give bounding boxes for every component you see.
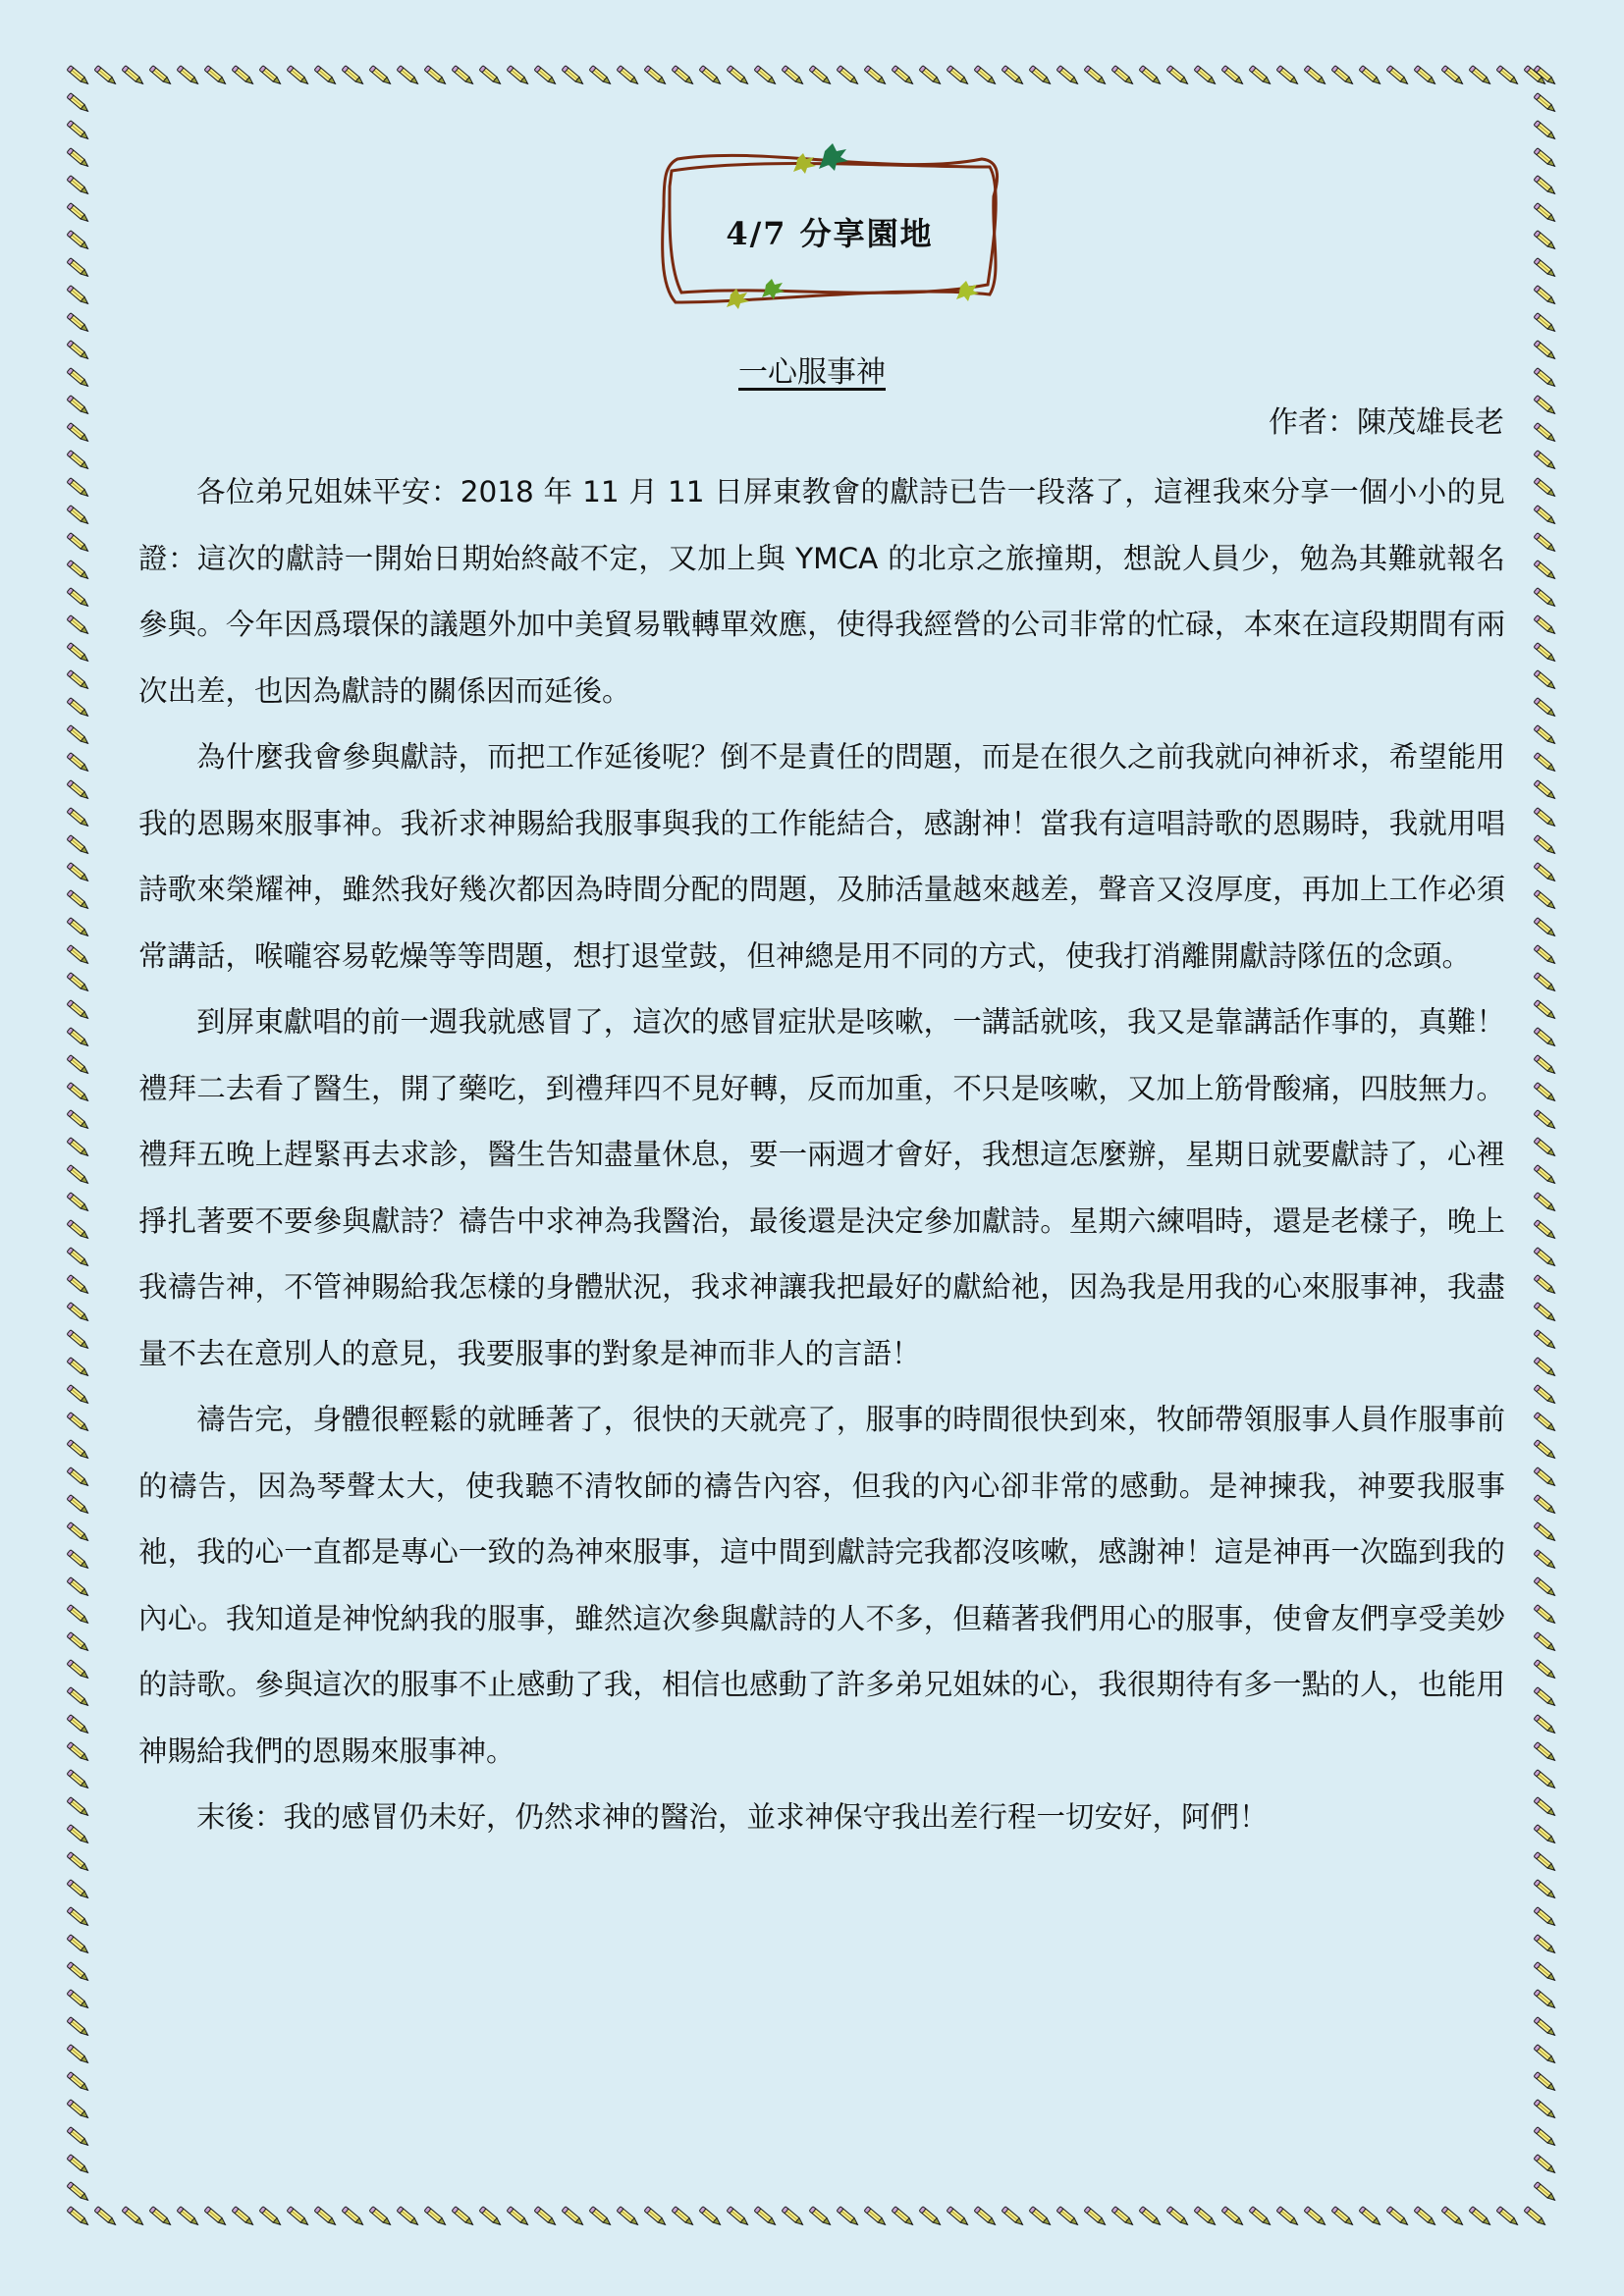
pencil-icon [532, 2204, 560, 2231]
pencil-icon [1164, 2204, 1192, 2231]
pencil-icon [65, 1877, 92, 1904]
pencil-icon [1329, 63, 1357, 90]
article-body: 各位弟兄姐妹平安：2018 年 11 月 11 日屏東教會的獻詩已告一段落了，這… [138, 459, 1505, 1851]
pencil-icon [65, 2014, 92, 2042]
pencil-icon [560, 2204, 587, 2231]
pencil-icon [147, 63, 175, 90]
pencil-icon [615, 2204, 642, 2231]
pencil-icon [587, 63, 615, 90]
pencil-icon [367, 2204, 395, 2231]
pencil-icon [65, 1492, 92, 1520]
pencil-icon [752, 63, 780, 90]
pencil-icon [65, 1932, 92, 1959]
pencil-border-bottom [65, 2204, 1549, 2231]
pencil-icon [1532, 1107, 1559, 1135]
pencil-icon [1219, 63, 1247, 90]
pencil-icon [1357, 63, 1384, 90]
pencil-icon [1027, 63, 1055, 90]
article-title-text: 一心服事神 [738, 355, 886, 390]
pencil-icon [587, 2204, 615, 2231]
pencil-icon [1532, 1272, 1559, 1300]
pencil-icon [1532, 420, 1559, 448]
pencil-icon [1522, 2204, 1549, 2231]
pencil-icon [1357, 2204, 1384, 2231]
pencil-icon [670, 63, 697, 90]
author-line: 作者：陳茂雄長老 [1269, 398, 1504, 441]
article-title: 一心服事神 [0, 347, 1624, 391]
pencil-icon [65, 613, 92, 640]
pencil-icon [1532, 1739, 1559, 1767]
pencil-icon [65, 2124, 92, 2152]
pencil-icon [65, 970, 92, 997]
pencil-icon [257, 2204, 285, 2231]
pencil-icon [65, 503, 92, 530]
pencil-icon [65, 1547, 92, 1575]
pencil-icon [972, 63, 1000, 90]
pencil-icon [1532, 1684, 1559, 1712]
pencil-icon [532, 63, 560, 90]
pencil-icon [65, 777, 92, 805]
pencil-icon [120, 2204, 147, 2231]
pencil-icon [807, 63, 835, 90]
pencil-icon [1532, 1190, 1559, 1217]
pencil-icon [1532, 145, 1559, 173]
pencil-icon [560, 63, 587, 90]
pencil-icon [1532, 832, 1559, 860]
pencil-icon [65, 145, 92, 173]
pencil-icon [1302, 2204, 1329, 2231]
pencil-icon [1082, 63, 1110, 90]
pencil-icon [615, 63, 642, 90]
pencil-icon [1532, 283, 1559, 310]
pencil-icon [65, 2204, 92, 2231]
pencil-icon [1137, 63, 1164, 90]
pencil-icon [1329, 2204, 1357, 2231]
pencil-icon [65, 1904, 92, 1932]
pencil-icon [1532, 200, 1559, 228]
pencil-icon [1532, 1932, 1559, 1959]
pencil-icon [65, 1272, 92, 1300]
pencil-icon [65, 420, 92, 448]
pencil-icon [92, 63, 120, 90]
pencil-icon [505, 63, 532, 90]
pencil-icon [65, 1327, 92, 1355]
pencil-icon [1274, 2204, 1302, 2231]
pencil-icon [65, 1657, 92, 1684]
pencil-icon [1532, 1410, 1559, 1437]
pencil-icon [1055, 2204, 1082, 2231]
pencil-icon [642, 2204, 670, 2231]
pencil-icon [65, 805, 92, 832]
pencil-icon [65, 283, 92, 310]
pencil-icon [65, 1080, 92, 1107]
pencil-icon [917, 63, 945, 90]
pencil-icon [1532, 750, 1559, 777]
pencil-icon [1532, 1465, 1559, 1492]
pencil-icon [1532, 1492, 1559, 1520]
paragraph: 為什麼我會參與獻詩，而把工作延後呢？倒不是責任的問題，而是在很久之前我就向神祈求… [138, 724, 1505, 989]
pencil-icon [1532, 1217, 1559, 1245]
pencil-icon [65, 860, 92, 887]
pencil-icon [1219, 2204, 1247, 2231]
pencil-icon [1532, 1987, 1559, 2014]
pencil-icon [1532, 1080, 1559, 1107]
title-banner: 4/7 分享園地 [648, 137, 1011, 314]
pencil-icon [1412, 2204, 1439, 2231]
pencil-icon [1532, 1602, 1559, 1629]
pencil-icon [65, 832, 92, 860]
pencil-icon [65, 2097, 92, 2124]
pencil-icon [65, 2179, 92, 2207]
pencil-icon [312, 2204, 340, 2231]
pencil-icon [65, 1410, 92, 1437]
pencil-icon [835, 2204, 862, 2231]
pencil-icon [1532, 613, 1559, 640]
pencil-icon [477, 63, 505, 90]
pencil-icon [1532, 1135, 1559, 1162]
pencil-icon [65, 200, 92, 228]
pencil-icon [422, 63, 450, 90]
pencil-icon [1532, 1355, 1559, 1382]
pencil-icon [65, 1217, 92, 1245]
page-title: 4/7 分享園地 [648, 137, 1011, 314]
pencil-icon [1532, 860, 1559, 887]
pencil-icon [1494, 2204, 1522, 2231]
pencil-icon [65, 90, 92, 118]
pencil-icon [1532, 2152, 1559, 2179]
pencil-icon [65, 1767, 92, 1794]
pencil-icon [890, 2204, 917, 2231]
pencil-icon [285, 63, 312, 90]
pencil-icon [1532, 228, 1559, 255]
pencil-icon [780, 63, 807, 90]
pencil-icon [1110, 2204, 1137, 2231]
pencil-icon [65, 255, 92, 283]
pencil-icon [1192, 63, 1219, 90]
pencil-icon [1532, 585, 1559, 613]
pencil-icon [1532, 1437, 1559, 1465]
pencil-icon [1532, 255, 1559, 283]
pencil-icon [1412, 63, 1439, 90]
pencil-icon [395, 63, 422, 90]
pencil-icon [1532, 1657, 1559, 1684]
pencil-icon [1532, 393, 1559, 420]
pencil-icon [1274, 63, 1302, 90]
pencil-icon [1027, 2204, 1055, 2231]
pencil-icon [422, 2204, 450, 2231]
pencil-icon [807, 2204, 835, 2231]
pencil-icon [1439, 2204, 1467, 2231]
pencil-icon [65, 1300, 92, 1327]
pencil-icon [1467, 63, 1494, 90]
pencil-icon [862, 63, 890, 90]
pencil-icon [1532, 1382, 1559, 1410]
pencil-icon [1532, 1327, 1559, 1355]
pencil-icon [1532, 1712, 1559, 1739]
pencil-icon [1532, 503, 1559, 530]
pencil-icon [65, 640, 92, 667]
pencil-icon [65, 448, 92, 475]
pencil-icon [65, 118, 92, 145]
pencil-icon [450, 63, 477, 90]
pencil-icon [65, 1162, 92, 1190]
pencil-icon [65, 1245, 92, 1272]
pencil-border-top [65, 63, 1549, 90]
pencil-icon [230, 2204, 257, 2231]
pencil-icon [65, 750, 92, 777]
pencil-icon [1532, 558, 1559, 585]
pencil-icon [1532, 2124, 1559, 2152]
pencil-icon [972, 2204, 1000, 2231]
pencil-border-left [65, 90, 92, 2207]
pencil-icon [890, 63, 917, 90]
pencil-icon [450, 2204, 477, 2231]
pencil-icon [1302, 63, 1329, 90]
paragraph: 各位弟兄姐妹平安：2018 年 11 月 11 日屏東教會的獻詩已告一段落了，這… [138, 459, 1505, 724]
pencil-icon [835, 63, 862, 90]
pencil-icon [65, 1987, 92, 2014]
paragraph: 到屏東獻唱的前一週我就感冒了，這次的感冒症狀是咳嗽，一講話就咳，我又是靠講話作事… [138, 989, 1505, 1387]
pencil-icon [65, 722, 92, 750]
pencil-icon [1532, 695, 1559, 722]
pencil-icon [1532, 173, 1559, 200]
pencil-icon [65, 1629, 92, 1657]
pencil-icon [257, 63, 285, 90]
pencil-icon [477, 2204, 505, 2231]
pencil-icon [1247, 63, 1274, 90]
pencil-icon [1532, 90, 1559, 118]
pencil-icon [1532, 1245, 1559, 1272]
pencil-icon [780, 2204, 807, 2231]
pencil-icon [1000, 2204, 1027, 2231]
pencil-icon [697, 2204, 725, 2231]
pencil-icon [65, 1959, 92, 1987]
pencil-icon [65, 997, 92, 1025]
pencil-icon [65, 1355, 92, 1382]
pencil-icon [65, 1712, 92, 1739]
pencil-icon [1000, 63, 1027, 90]
pencil-icon [1532, 310, 1559, 338]
pencil-icon [65, 228, 92, 255]
pencil-icon [1494, 63, 1522, 90]
pencil-icon [92, 2204, 120, 2231]
pencil-icon [1110, 63, 1137, 90]
pencil-icon [1532, 530, 1559, 558]
pencil-icon [65, 310, 92, 338]
pencil-icon [395, 2204, 422, 2231]
pencil-icon [65, 585, 92, 613]
pencil-icon [1532, 1629, 1559, 1657]
pencil-icon [1164, 63, 1192, 90]
pencil-icon [1532, 1520, 1559, 1547]
pencil-icon [670, 2204, 697, 2231]
pencil-icon [340, 2204, 367, 2231]
pencil-icon [1467, 2204, 1494, 2231]
pencil-icon [1532, 1162, 1559, 1190]
pencil-icon [230, 63, 257, 90]
pencil-icon [65, 942, 92, 970]
pencil-icon [65, 1822, 92, 1849]
pencil-icon [65, 393, 92, 420]
pencil-icon [1532, 2179, 1559, 2207]
pencil-icon [65, 695, 92, 722]
pencil-icon [1532, 915, 1559, 942]
pencil-icon [65, 63, 92, 90]
pencil-icon [65, 2069, 92, 2097]
pencil-icon [1532, 1959, 1559, 1987]
pencil-icon [1532, 2014, 1559, 2042]
pencil-icon [65, 530, 92, 558]
pencil-icon [945, 63, 972, 90]
pencil-icon [312, 63, 340, 90]
pencil-icon [1532, 1794, 1559, 1822]
pencil-icon [1532, 1822, 1559, 1849]
pencil-icon [1532, 640, 1559, 667]
pencil-icon [1532, 805, 1559, 832]
pencil-icon [1532, 1025, 1559, 1052]
pencil-icon [1532, 63, 1559, 90]
pencil-icon [917, 2204, 945, 2231]
pencil-icon [65, 1107, 92, 1135]
pencil-icon [1532, 2042, 1559, 2069]
pencil-icon [1082, 2204, 1110, 2231]
pencil-icon [65, 558, 92, 585]
pencil-icon [1532, 1767, 1559, 1794]
pencil-icon [1532, 667, 1559, 695]
pencil-icon [1384, 63, 1412, 90]
pencil-icon [340, 63, 367, 90]
pencil-icon [175, 63, 202, 90]
pencil-icon [1532, 1877, 1559, 1904]
pencil-icon [65, 1794, 92, 1822]
pencil-icon [285, 2204, 312, 2231]
pencil-icon [65, 1602, 92, 1629]
pencil-icon [65, 2152, 92, 2179]
pencil-icon [725, 2204, 752, 2231]
pencil-icon [1532, 475, 1559, 503]
pencil-icon [1532, 2069, 1559, 2097]
pencil-icon [1532, 1849, 1559, 1877]
pencil-icon [65, 173, 92, 200]
paragraph: 末後：我的感冒仍未好，仍然求神的醫治，並求神保守我出差行程一切安好，阿們！ [138, 1785, 1505, 1851]
pencil-icon [752, 2204, 780, 2231]
pencil-icon [1532, 1547, 1559, 1575]
pencil-icon [697, 63, 725, 90]
pencil-icon [1532, 887, 1559, 915]
pencil-icon [1532, 997, 1559, 1025]
pencil-icon [1532, 777, 1559, 805]
pencil-icon [175, 2204, 202, 2231]
pencil-icon [65, 1135, 92, 1162]
pencil-icon [202, 63, 230, 90]
pencil-icon [1532, 2097, 1559, 2124]
pencil-icon [367, 63, 395, 90]
pencil-icon [65, 887, 92, 915]
pencil-icon [725, 63, 752, 90]
pencil-icon [65, 1465, 92, 1492]
pencil-icon [945, 2204, 972, 2231]
pencil-icon [65, 1575, 92, 1602]
pencil-icon [65, 915, 92, 942]
pencil-icon [65, 1684, 92, 1712]
pencil-icon [65, 1025, 92, 1052]
pencil-icon [65, 1520, 92, 1547]
pencil-icon [202, 2204, 230, 2231]
pencil-icon [1532, 1300, 1559, 1327]
pencil-icon [65, 1382, 92, 1410]
pencil-icon [1532, 970, 1559, 997]
pencil-icon [65, 1052, 92, 1080]
pencil-icon [147, 2204, 175, 2231]
pencil-icon [1384, 2204, 1412, 2231]
pencil-icon [862, 2204, 890, 2231]
paragraph: 禱告完，身體很輕鬆的就睡著了，很快的天就亮了，服事的時間很快到來，牧師帶領服事人… [138, 1387, 1505, 1785]
pencil-icon [65, 1849, 92, 1877]
pencil-icon [1532, 1052, 1559, 1080]
pencil-icon [1055, 63, 1082, 90]
pencil-icon [65, 1437, 92, 1465]
pencil-icon [1532, 118, 1559, 145]
pencil-icon [1532, 1904, 1559, 1932]
pencil-icon [1532, 448, 1559, 475]
pencil-icon [65, 2042, 92, 2069]
pencil-icon [1137, 2204, 1164, 2231]
pencil-icon [65, 667, 92, 695]
pencil-icon [1192, 2204, 1219, 2231]
pencil-icon [1532, 942, 1559, 970]
pencil-icon [642, 63, 670, 90]
pencil-icon [1247, 2204, 1274, 2231]
pencil-icon [1532, 1575, 1559, 1602]
pencil-icon [120, 63, 147, 90]
pencil-icon [65, 475, 92, 503]
pencil-icon [65, 1739, 92, 1767]
pencil-icon [505, 2204, 532, 2231]
pencil-icon [1532, 722, 1559, 750]
pencil-icon [1439, 63, 1467, 90]
pencil-icon [65, 1190, 92, 1217]
